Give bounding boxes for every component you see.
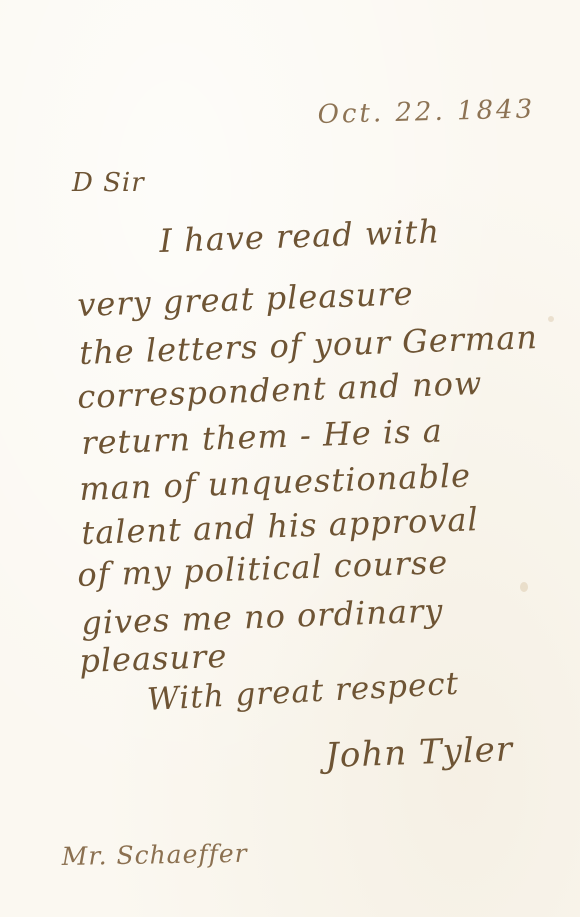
body-line: very great pleasure [77,274,415,324]
letter-recipient: Mr. Schaeffer [61,839,247,871]
body-line: of my political course [77,543,449,594]
letter-salutation: D Sir [72,168,145,198]
body-line: return them - He is a [81,411,444,462]
body-line: pleasure [79,637,228,680]
body-line: I have read with [159,212,441,260]
letter-signature: John Tyler [325,729,514,776]
paper-stain [520,582,528,592]
body-line: gives me no ordinary [81,591,444,642]
body-line: correspondent and now [77,364,483,416]
letter-date: Oct. 22. 1843 [317,94,535,130]
body-line: man of unquestionable [79,456,472,508]
paper-stain [548,316,554,322]
letter-paper: Oct. 22. 1843 D Sir I have read with ver… [0,0,580,917]
